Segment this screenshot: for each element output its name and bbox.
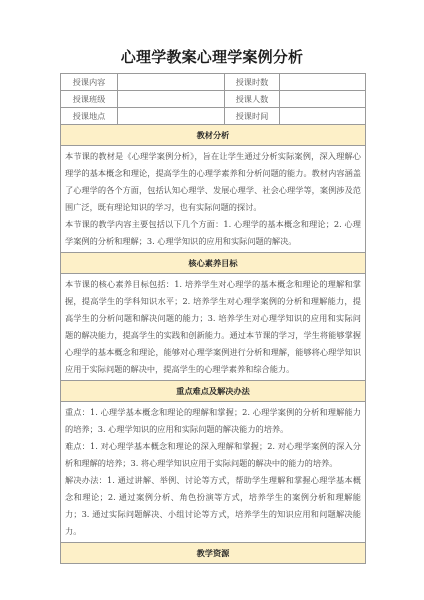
lesson-plan-table: 授课内容 授课时数 授课班级 授课人数 授课地点 授课时间 教材分析 本节课的教… (60, 73, 366, 564)
value-class (118, 91, 225, 108)
label-lesson-content: 授课内容 (61, 74, 118, 91)
section-heading-key-difficult-points: 重点难点及解决办法 (61, 381, 366, 402)
section-heading-teaching-resources: 教学资源 (61, 543, 366, 564)
label-location: 授课地点 (61, 108, 118, 125)
paragraph: 解决办法：1. 通过讲解、举例、讨论等方式，帮助学生理解和掌握心理学基本概念和理… (65, 472, 361, 540)
value-time (280, 108, 366, 125)
value-lesson-content (118, 74, 225, 91)
value-student-count (280, 91, 366, 108)
document-title: 心理学教案心理学案例分析 (0, 46, 424, 67)
value-location (118, 108, 225, 125)
section-body-key-difficult-points: 重点：1. 心理学基本概念和理论的理解和掌握；2. 心理学案例的分析和理解能力的… (61, 402, 366, 543)
section-body-core-literacy-goals: 本节课的核心素养目标包括：1. 培养学生对心理学的基本概念和理论的理解和掌握，提… (61, 274, 366, 381)
paragraph: 重点：1. 心理学基本概念和理论的理解和掌握；2. 心理学案例的分析和理解能力的… (65, 404, 361, 438)
info-row: 授课班级 授课人数 (61, 91, 366, 108)
section-heading-textbook-analysis: 教材分析 (61, 125, 366, 146)
section-heading-core-literacy-goals: 核心素养目标 (61, 253, 366, 274)
paragraph: 本节课的核心素养目标包括：1. 培养学生对心理学的基本概念和理论的理解和掌握，提… (65, 276, 361, 378)
info-row: 授课地点 授课时间 (61, 108, 366, 125)
label-student-count: 授课人数 (225, 91, 280, 108)
info-row: 授课内容 授课时数 (61, 74, 366, 91)
paragraph: 难点：1. 对心理学基本概念和理论的深入理解和掌握；2. 对心理学案例的深入分析… (65, 438, 361, 472)
label-time: 授课时间 (225, 108, 280, 125)
label-lesson-hours: 授课时数 (225, 74, 280, 91)
value-lesson-hours (280, 74, 366, 91)
label-class: 授课班级 (61, 91, 118, 108)
section-body-textbook-analysis: 本节课的教材是《心理学案例分析》，旨在让学生通过分析实际案例，深入理解心理学的基… (61, 146, 366, 253)
paragraph: 本节课的教学内容主要包括以下几个方面：1. 心理学的基本概念和理论；2. 心理学… (65, 216, 361, 250)
paragraph: 本节课的教材是《心理学案例分析》，旨在让学生通过分析实际案例，深入理解心理学的基… (65, 148, 361, 216)
